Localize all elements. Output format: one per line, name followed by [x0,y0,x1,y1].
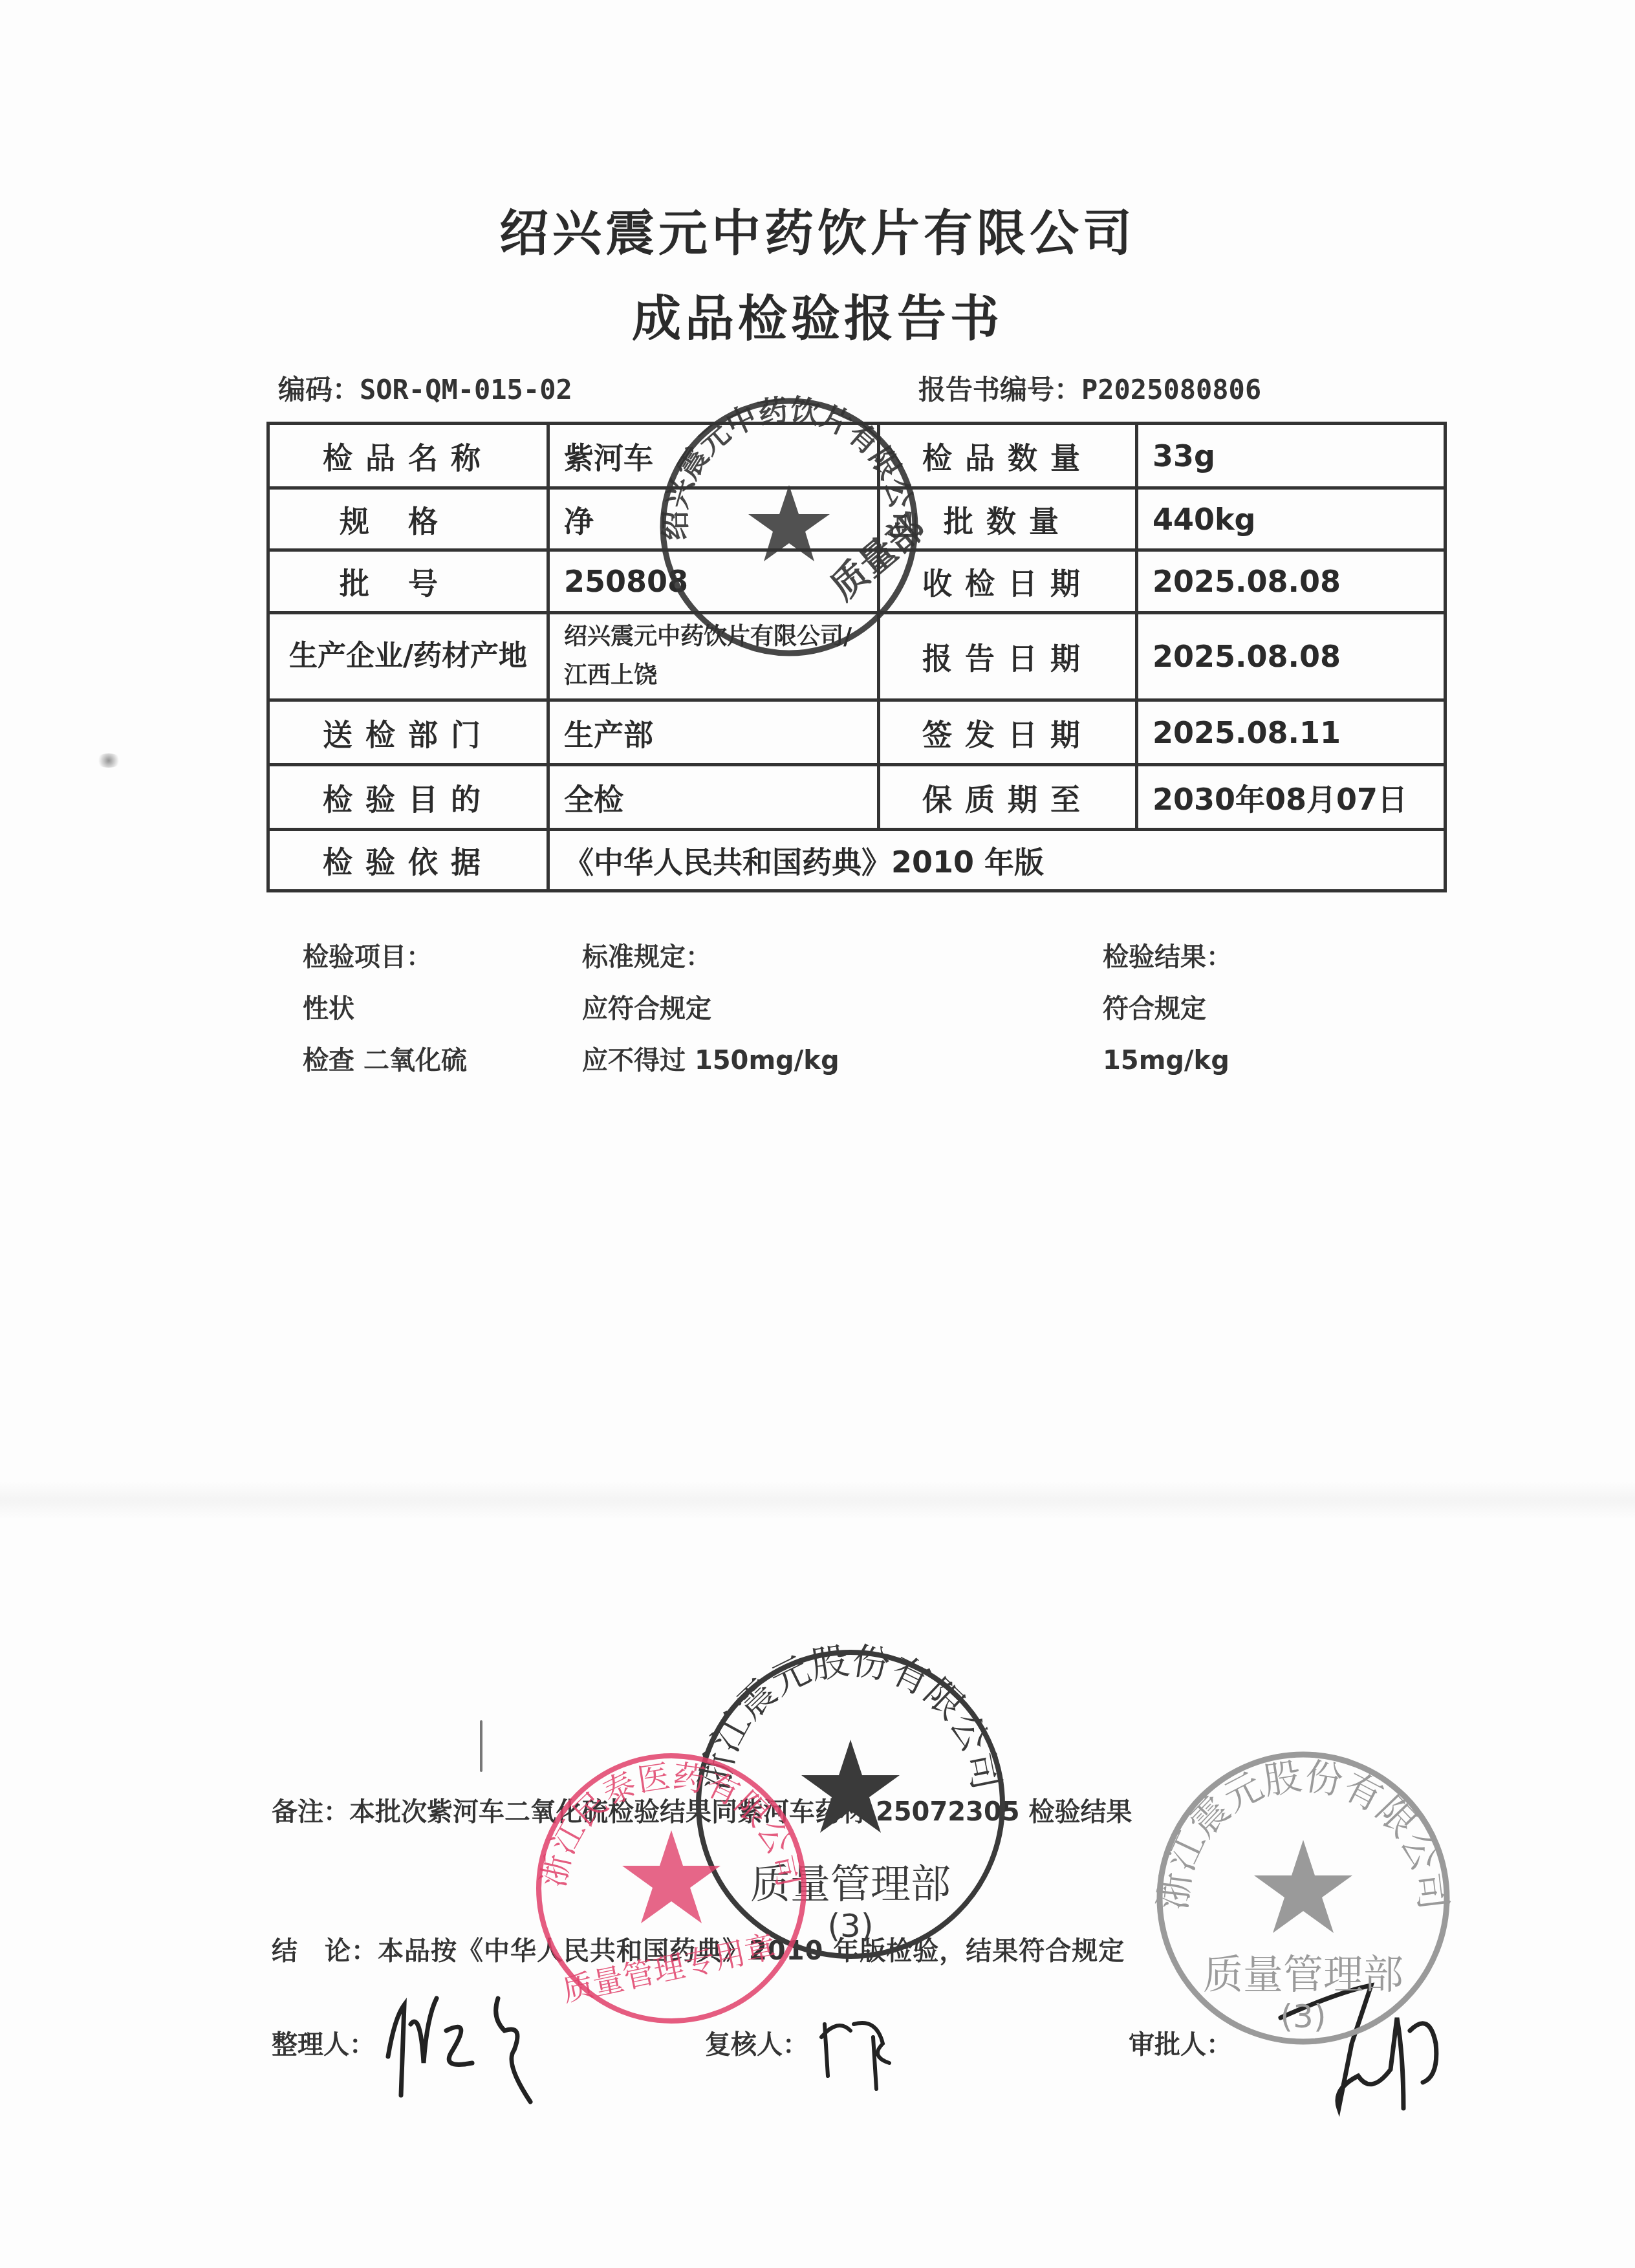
report-no-value: P2025080806 [1081,374,1261,405]
table-row: 检验依据 《中华人民共和国药典》2010 年版 [268,830,1446,891]
label-manufacturer-origin: 生产企业/药材产地 [268,613,548,700]
value-inspection-purpose: 全检 [548,765,879,830]
standards-column: 标准规定： 应符合规定 应不得过 150mg/kg [582,931,839,1086]
reviewer-signature [812,1998,928,2102]
value-sample-quantity: 33g [1137,424,1446,488]
standard-value: 应符合规定 [582,983,839,1035]
value-inspection-basis: 《中华人民共和国药典》2010 年版 [548,830,1446,891]
report-no-label: 报告书编号： [918,374,1081,405]
results-column: 检验结果： 符合规定 15mg/kg [1103,931,1232,1086]
test-item: 检查 二氧化硫 [303,1035,467,1086]
value-submitting-dept: 生产部 [548,700,879,765]
header-test-item: 检验项目： [303,931,467,983]
document-code: 编码：SOR-QM-015-02 [278,369,572,407]
svg-text:(3): (3) [828,1907,874,1945]
test-item: 性状 [303,983,467,1035]
label-batch-number: 批号 [268,550,548,613]
label-sample-name: 检品名称 [268,424,548,488]
code-label: 编码： [278,374,360,405]
header-standard: 标准规定： [582,931,839,983]
table-row: 检验目的 全检 保质期至 2030年08月07日 [268,765,1446,830]
header-result: 检验结果： [1103,931,1232,983]
result-value: 符合规定 [1103,983,1232,1035]
code-value: SOR-QM-015-02 [360,374,572,405]
ink-smudge [96,753,122,768]
label-submitting-dept: 送检部门 [268,700,548,765]
label-inspection-purpose: 检验目的 [268,765,548,830]
svg-text:(3): (3) [1281,1998,1326,2035]
label-specification: 规格 [268,488,548,550]
test-items-column: 检验项目： 性状 检查 二氧化硫 [303,931,467,1086]
paper-fold-shadow [0,1481,1635,1520]
label-expiry-date: 保质期至 [879,765,1137,830]
report-number: 报告书编号：P2025080806 [918,369,1261,407]
label-issue-date: 签发日期 [879,700,1137,765]
company-title: 绍兴震元中药饮片有限公司 [0,194,1635,265]
table-row: 送检部门 生产部 签发日期 2025.08.11 [268,700,1446,765]
value-report-date: 2025.08.08 [1137,613,1446,700]
top-quality-stamp: 绍兴震元中药饮片有限公司 质量部 [650,388,928,666]
value-receive-date: 2025.08.08 [1137,550,1446,613]
svg-text:质量管理部: 质量管理部 [1203,1951,1403,1998]
organizer-label: 整理人： [272,2024,375,2061]
zhenyuan-quality-stamp-grey: 浙江震元股份有限公司 质量管理部 (3) [1151,1746,1455,2050]
standard-value: 应不得过 150mg/kg [582,1035,839,1086]
result-value: 15mg/kg [1103,1035,1232,1086]
pen-mark [480,1720,482,1772]
value-expiry-date: 2030年08月07日 [1137,765,1446,830]
mintai-quality-seal: 浙江民泰医药有限公司 质量管理专用章 [529,1746,814,2031]
report-title: 成品检验报告书 [0,279,1635,350]
value-issue-date: 2025.08.11 [1137,700,1446,765]
label-inspection-basis: 检验依据 [268,830,548,891]
value-batch-quantity: 440kg [1137,488,1446,550]
